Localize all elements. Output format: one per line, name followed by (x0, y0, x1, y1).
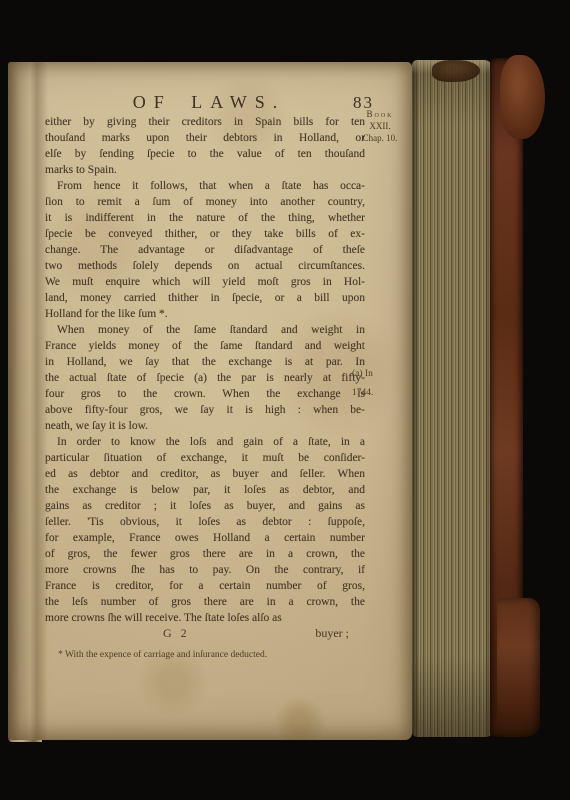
signature-mark: G 2 (163, 626, 190, 641)
paragraph: either by giving their creditors in Spai… (45, 114, 365, 178)
text-line: change. The advantage or diſadvantage of… (45, 242, 365, 258)
text-line: for example, France owes Holland a certa… (45, 530, 365, 546)
text-line: France yields money of the ſame ſtandard… (45, 338, 365, 354)
text-line: thouſand marks upon their debtors in Hol… (45, 130, 365, 146)
text-line: ſpecie be conveyed thither, or they take… (45, 226, 365, 242)
text-line: France is creditor, for a certain number… (45, 578, 365, 594)
text-line: ſion to remit a ſum of money into anothe… (45, 194, 365, 210)
paragraph: In order to know the loſs and gain of a … (45, 434, 365, 626)
text-line: the leſs number of gros there are in a c… (45, 594, 365, 610)
text-line: neath, we ſay it is low. (45, 418, 365, 434)
leather-spine-bottom (497, 598, 540, 737)
text-line: either by giving their creditors in Spai… (45, 114, 365, 130)
fore-edge-pages (412, 60, 493, 737)
text-line: elſe by ſending ſpecie to the value of t… (45, 146, 365, 162)
running-head-title: OF LAWS. (45, 92, 365, 116)
text-line: it is indifferent in the nature of the t… (45, 210, 365, 226)
text-line: marks to Spain. (45, 162, 365, 178)
text-line: land, money carried thither in ſpecie, o… (45, 290, 365, 306)
text-line: Holland for the like ſum *. (45, 306, 365, 322)
paragraph: When money of the ſame ſtandard and weig… (45, 322, 365, 434)
text-line: When money of the ſame ſtandard and weig… (45, 322, 365, 338)
text-line: particular ſituation of exchange, it muſ… (45, 450, 365, 466)
text-line: four gros to the crown. When the exchang… (45, 386, 365, 402)
text-line: the exchange is below par, it loſes as d… (45, 482, 365, 498)
paragraph: From hence it follows, that when a ſtate… (45, 178, 365, 322)
text-line: more crowns ſhe has to pay. On the contr… (45, 562, 365, 578)
text-line: in Holland, we ſay that the exchange is … (45, 354, 365, 370)
catchword: buyer ; (315, 626, 349, 641)
catchline: G 2 buyer ; (45, 626, 365, 642)
footnote: * With the expence of carriage and inſur… (58, 650, 348, 660)
text-line: In order to know the loſs and gain of a … (45, 434, 365, 450)
text-line: We muſt enquire which will yield moſt gr… (45, 274, 365, 290)
book-page: OF LAWS. 83 Book XXII. Chap. 10. (a) In … (8, 62, 412, 740)
text-line: From hence it follows, that when a ſtate… (45, 178, 365, 194)
text-line: ſeller. 'Tis obvious, it loſes as debtor… (45, 514, 365, 530)
text-line: the actual ſtate of ſpecie (a) the par i… (45, 370, 365, 386)
text-line: ed as debtor and creditor, as buyer and … (45, 466, 365, 482)
text-line: of gros, the fewer gros there are in a c… (45, 546, 365, 562)
text-line: more crowns ſhe will receive. The ſtate … (45, 610, 365, 626)
text-block: either by giving their creditors in Spai… (45, 114, 365, 626)
text-line: gains as creditor ; it loſes as buyer, a… (45, 498, 365, 514)
text-line: two methods ſolely depends on actual cir… (45, 258, 365, 274)
text-line: above fifty-four gros, we ſay it is high… (45, 402, 365, 418)
page-content: OF LAWS. 83 Book XXII. Chap. 10. (a) In … (8, 62, 412, 740)
photo-background: OF LAWS. 83 Book XXII. Chap. 10. (a) In … (0, 0, 570, 800)
leather-spine-top-corner (500, 55, 545, 139)
